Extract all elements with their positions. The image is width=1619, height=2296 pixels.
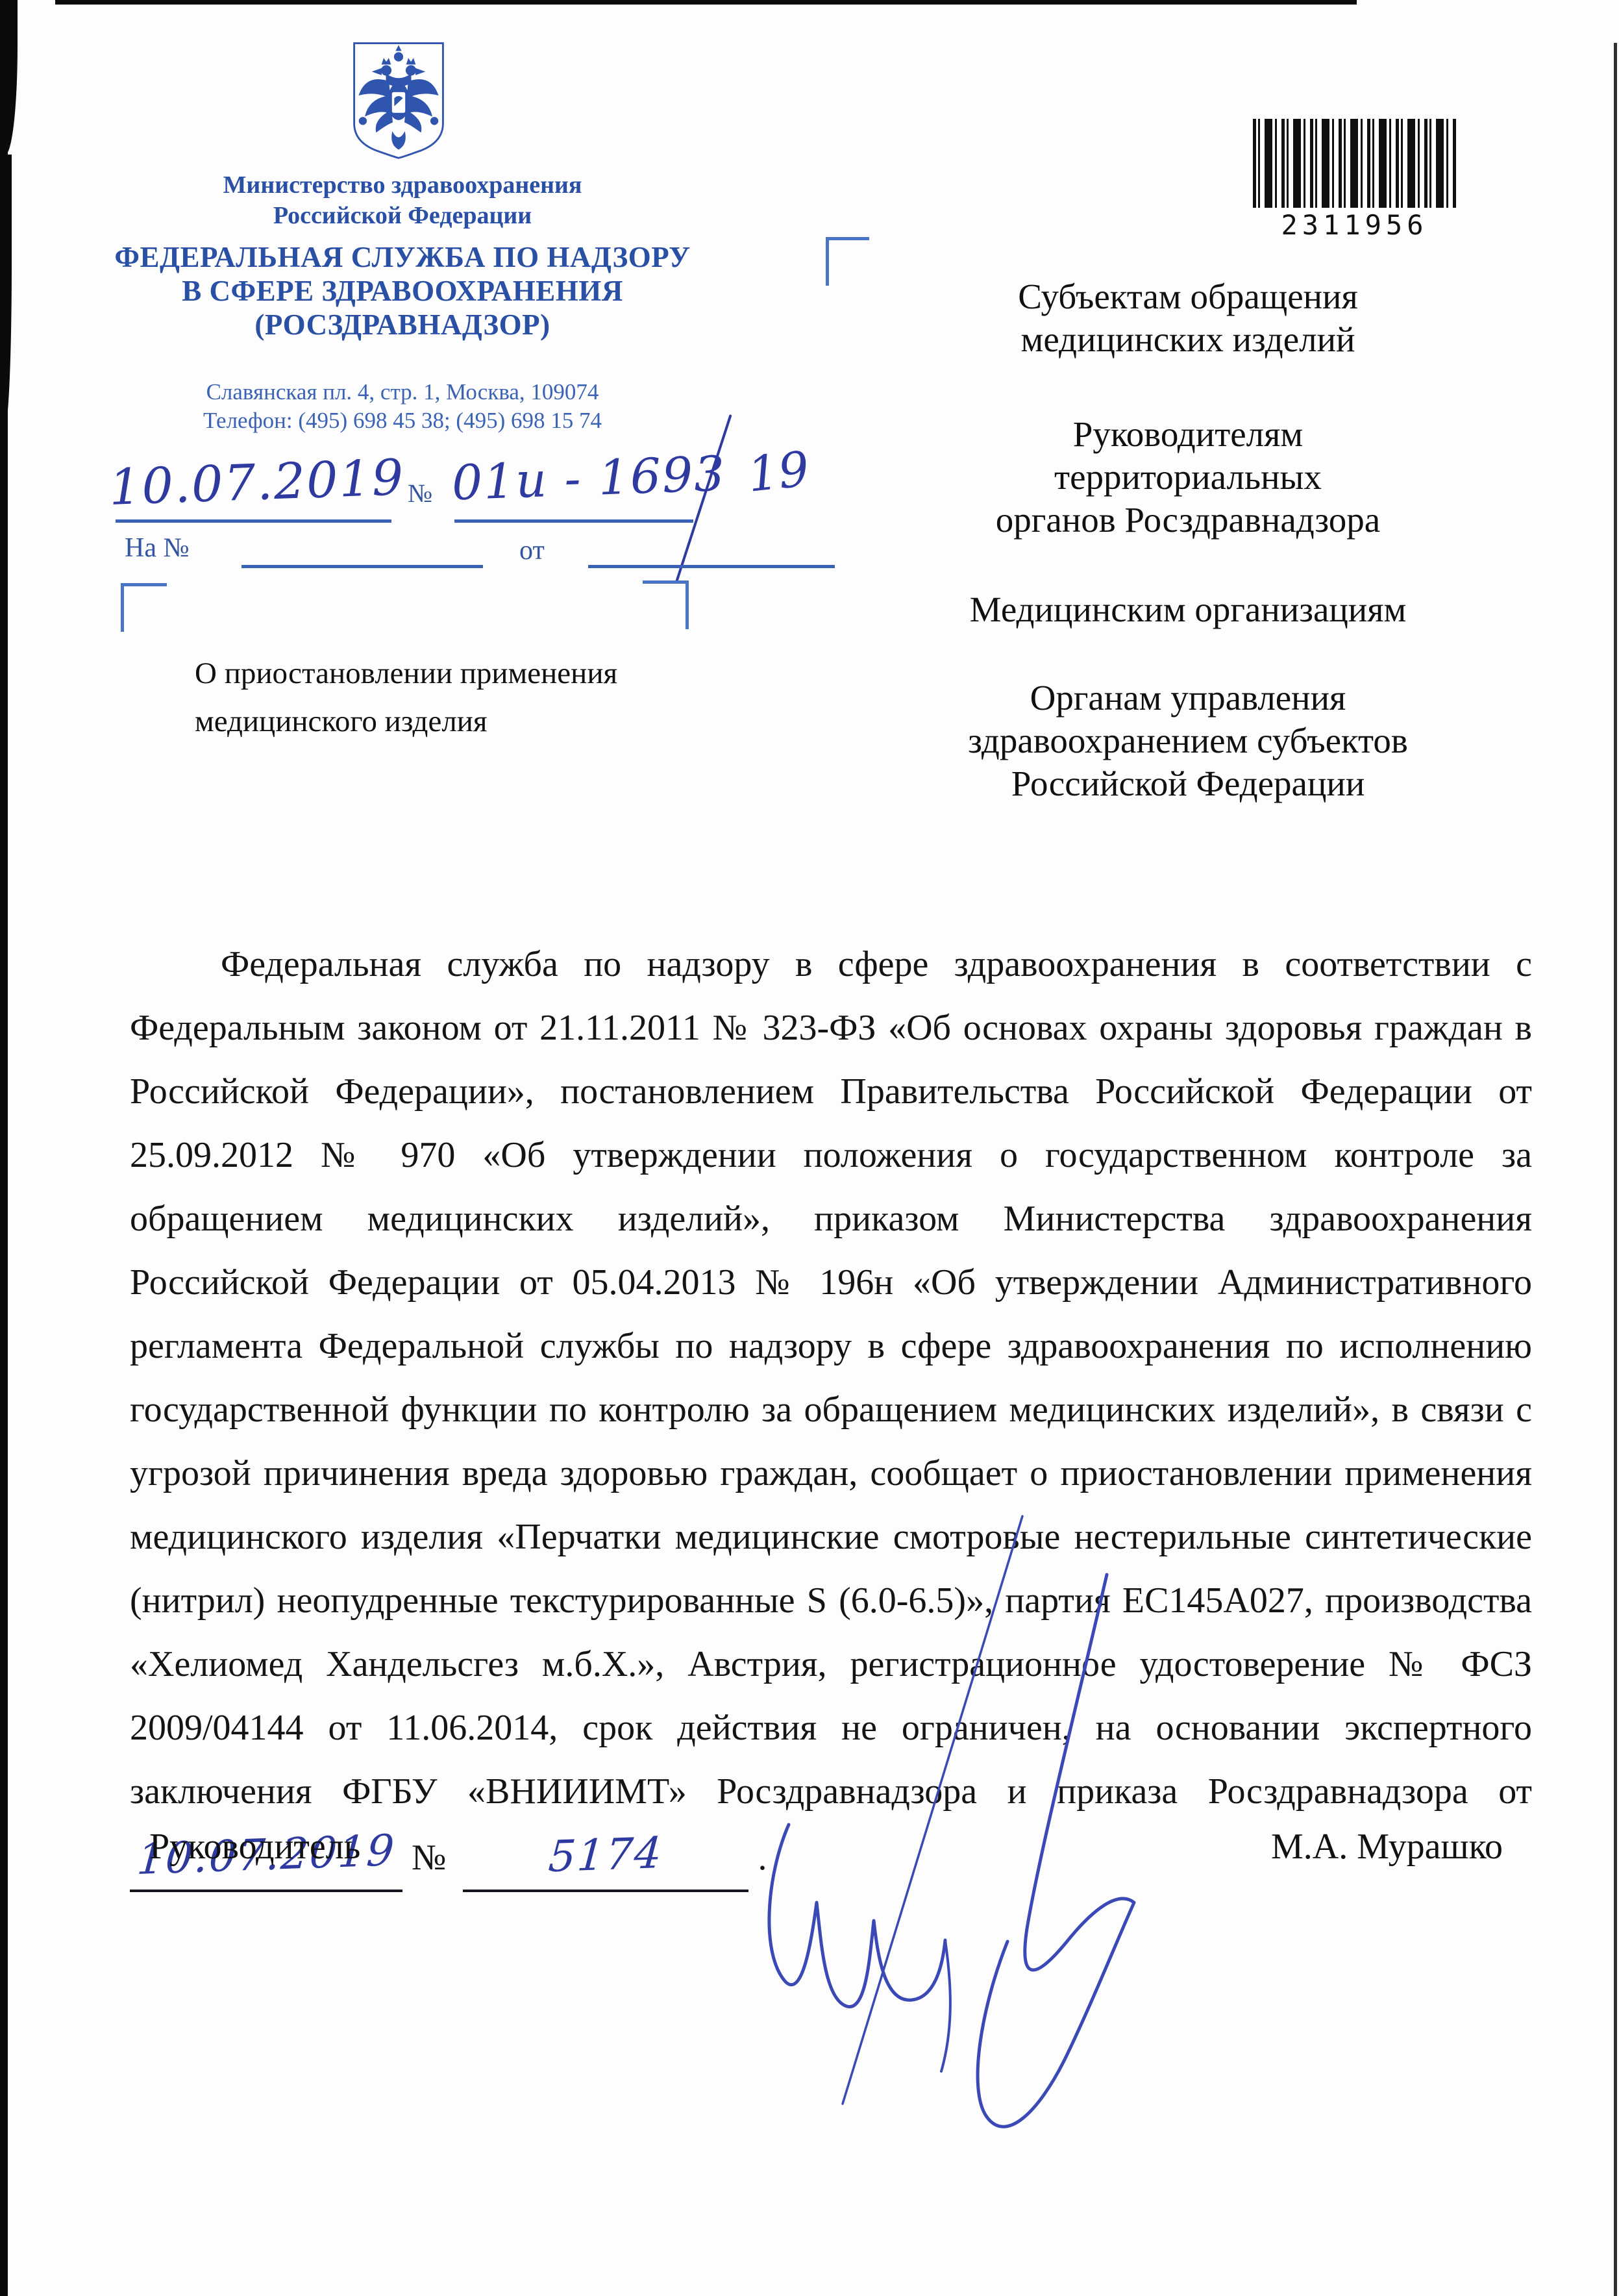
recipient-group-3: Медицинским организациям <box>941 588 1435 631</box>
ministry-name-line-1: Министерство здравоохранения <box>97 170 708 201</box>
date-underline <box>116 519 391 523</box>
registration-barcode <box>1253 119 1456 208</box>
service-name-line-2: В СФЕРЕ ЗДРАВООХРАНЕНИЯ <box>97 274 708 308</box>
scan-edge-blob-2 <box>0 155 12 427</box>
subject-block: О приостановлении применения медицинског… <box>195 649 701 745</box>
recipient-line: здравоохранением субъектов <box>941 719 1435 762</box>
handwritten-date: 10.07.2019 <box>108 448 406 516</box>
subject-zone-corner-right <box>643 580 689 629</box>
order-number-label: № <box>412 1838 446 1878</box>
recipient-zone-corner <box>826 237 869 286</box>
signature-stroke <box>727 1487 1220 2175</box>
recipient-line: Медицинским организациям <box>941 588 1435 631</box>
recipient-group-2: Руководителям территориальных органов Ро… <box>941 413 1435 542</box>
handwritten-doc-number-suffix: 19 <box>745 441 812 503</box>
reply-number-blank-line <box>241 565 483 568</box>
barcode-number: 2311956 <box>1240 209 1469 241</box>
recipient-line: Руководителям <box>941 413 1435 456</box>
signature-name: М.А. Мурашко <box>1271 1826 1503 1867</box>
reply-date-blank-line <box>588 565 835 568</box>
ministry-name-line-2: Российской Федерации <box>97 201 708 231</box>
recipient-line: Российской Федерации <box>941 762 1435 805</box>
scanned-letter-page: { "page": {"width": 2494, "height": 3536… <box>0 0 1619 2296</box>
order-number-field: 5174 <box>463 1823 748 1892</box>
service-name: ФЕДЕРАЛЬНАЯ СЛУЖБА ПО НАДЗОРУ В СФЕРЕ ЗД… <box>97 240 708 342</box>
reply-from-label: от <box>519 535 545 566</box>
recipient-group-4: Органам управления здравоохранением субъ… <box>941 677 1435 805</box>
recipient-line: территориальных <box>941 456 1435 499</box>
recipient-line: Органам управления <box>941 677 1435 719</box>
handwritten-order-number: 5174 <box>547 1821 665 1889</box>
contact-block: Славянская пл. 4, стр. 1, Москва, 109074… <box>97 378 708 435</box>
reply-to-number-label: На № <box>125 532 190 564</box>
recipient-group-1: Субъектам обращения медицинских изделий <box>941 275 1435 361</box>
coat-of-arms-icon <box>349 36 448 164</box>
doc-number-label: № <box>408 478 432 508</box>
recipient-line: Субъектам обращения <box>941 275 1435 318</box>
subject-line-1: О приостановлении применения <box>195 649 701 697</box>
recipient-line: медицинских изделий <box>941 318 1435 361</box>
subject-line-2: медицинского изделия <box>195 697 701 745</box>
sender-header: Министерство здравоохранения Российской … <box>97 170 708 435</box>
subject-zone-corner-left <box>121 583 167 632</box>
recipient-line: органов Росздравнадзора <box>941 499 1435 542</box>
service-name-line-3: (РОСЗДРАВНАДЗОР) <box>97 308 708 342</box>
service-name-line-1: ФЕДЕРАЛЬНАЯ СЛУЖБА ПО НАДЗОРУ <box>97 240 708 274</box>
handwritten-doc-number: 01и - 1693 <box>451 446 727 512</box>
address-line: Славянская пл. 4, стр. 1, Москва, 109074 <box>97 378 708 406</box>
scan-edge-right <box>1614 43 1617 2296</box>
scan-edge-blob <box>0 0 18 155</box>
signature-title: Руководитель <box>149 1826 360 1867</box>
scan-edge-top <box>55 0 1357 5</box>
number-underline <box>454 519 693 523</box>
phone-line: Телефон: (495) 698 45 38; (495) 698 15 7… <box>97 406 708 435</box>
